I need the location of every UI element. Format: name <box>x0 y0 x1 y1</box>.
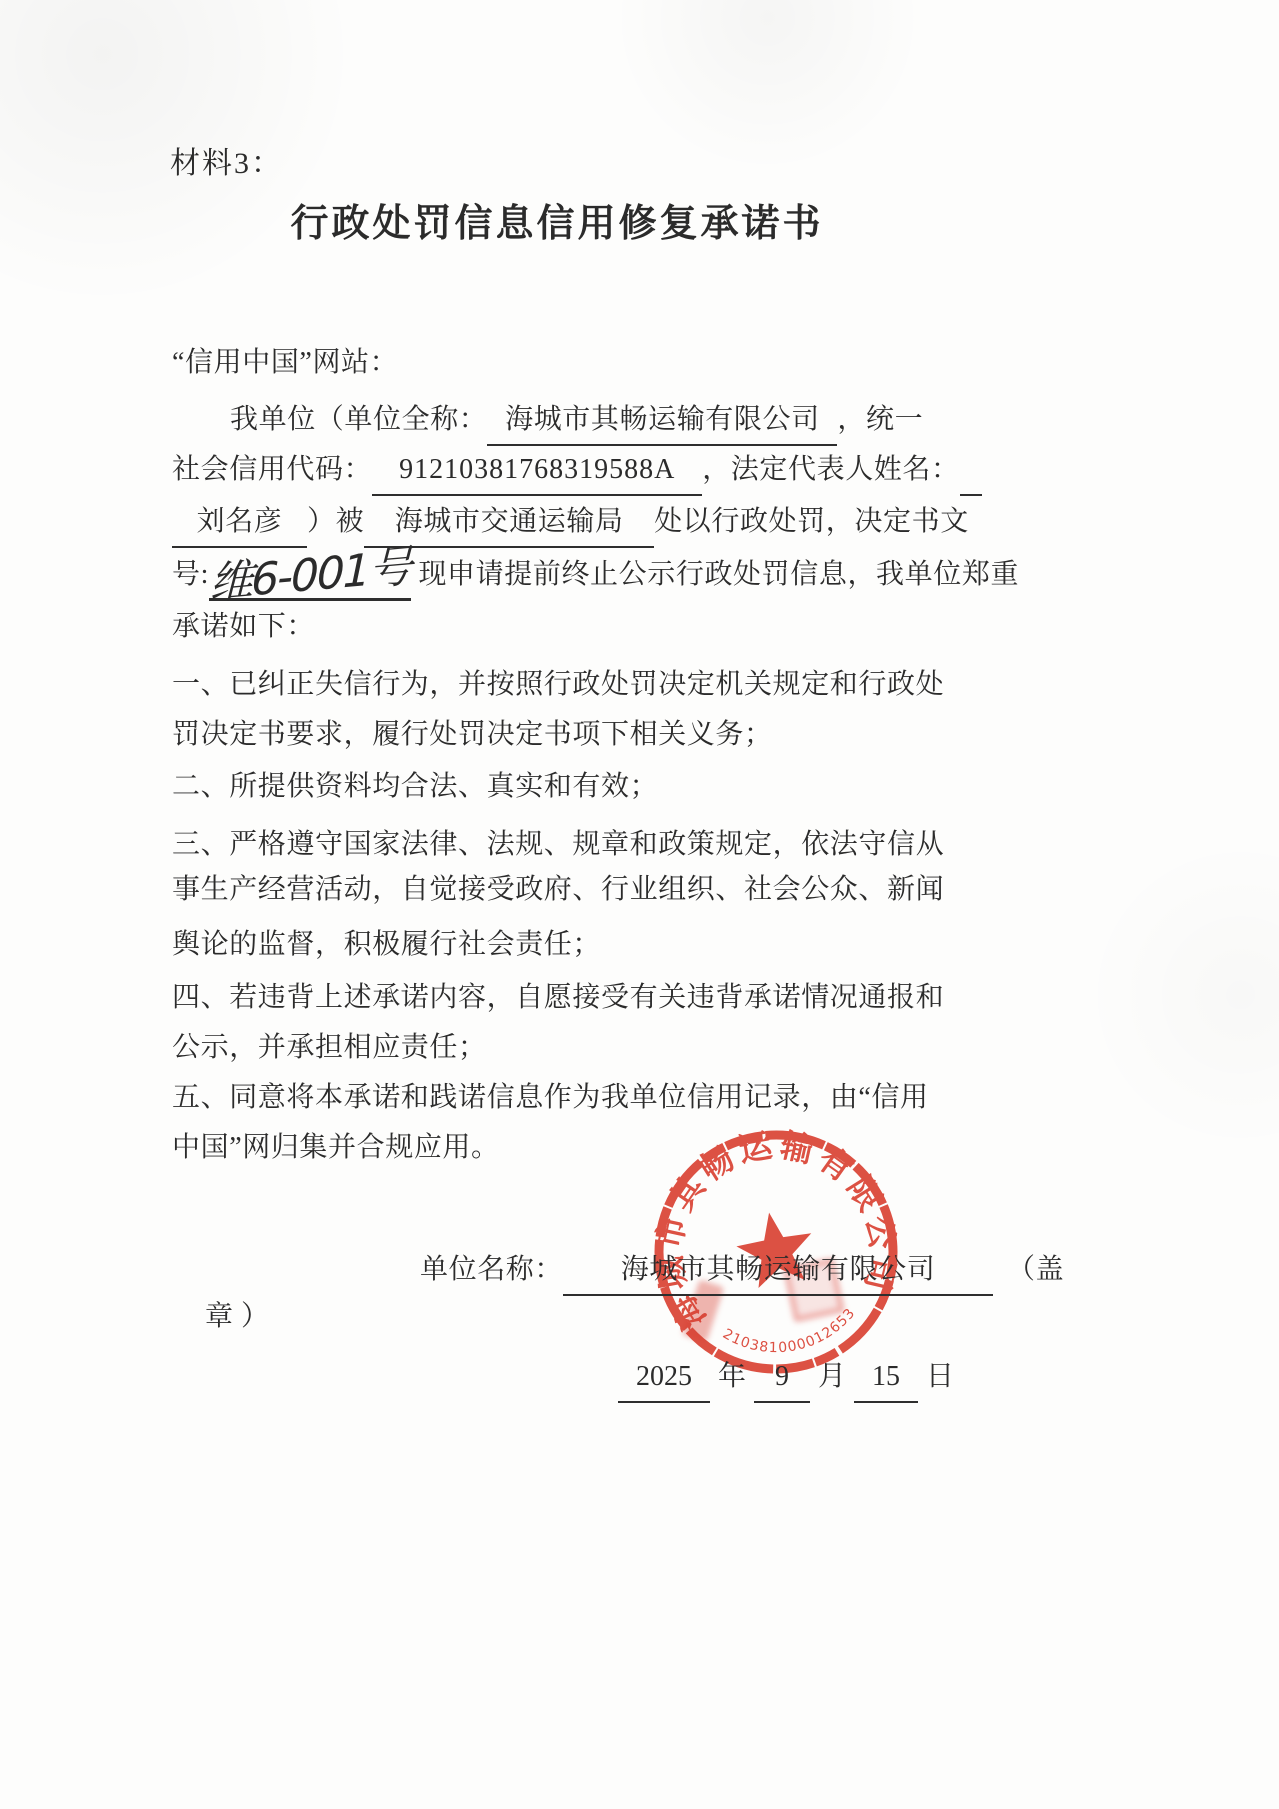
commitment-3-text-3: 舆论的监督，积极履行社会责任； <box>172 929 601 960</box>
commitment-4-text-2: 公示，并承担相应责任； <box>172 1032 487 1063</box>
page-title: 行政处罚信息信用修复承诺书 <box>172 192 942 247</box>
signature-line: 单位名称：海城市其畅运输有限公司（盖 <box>420 1244 1064 1296</box>
unit-name-label: 单位名称： <box>420 1254 563 1285</box>
commitment-3-text-2: 事生产经营活动，自觉接受政府、行业组织、社会公众、新闻 <box>172 874 944 905</box>
body-line-legal-rep: 刘名彦）被海城市交通运输局处以行政处罚，决定书文 <box>172 496 969 548</box>
commitment-3-text-1: 三、严格遵守国家法律、法规、规章和政策规定，依法守信从 <box>172 829 944 860</box>
legal-rep-blank-start <box>960 444 982 496</box>
body-line-promise-intro: 承诺如下： <box>172 601 315 653</box>
commitment-4-text-1: 四、若违背上述承诺内容，自愿接受有关违背承诺情况通报和 <box>172 982 944 1013</box>
commitment-4-line-2: 公示，并承担相应责任； <box>172 1022 487 1074</box>
seal-note-open: （盖 <box>1007 1254 1064 1285</box>
company-name-blank: 海城市其畅运输有限公司 <box>487 394 837 446</box>
commitment-2-text: 二、所提供资料均合法、真实和有效； <box>172 771 658 802</box>
credit-code-suffix: ，法定代表人姓名： <box>702 454 959 485</box>
salutation-text: “信用中国”网站： <box>172 347 398 378</box>
date-year-blank: 2025 <box>618 1351 710 1403</box>
date-day-unit: 日 <box>926 1351 954 1403</box>
seal-note-close: 章） <box>205 1301 277 1332</box>
commitment-2-line: 二、所提供资料均合法、真实和有效； <box>172 761 658 813</box>
penalized-by-text: ）被 <box>307 506 364 537</box>
doc-number-blank: 维6-001号 <box>209 548 411 601</box>
commitment-1-line-2: 罚决定书要求，履行处罚决定书项下相关义务； <box>172 709 773 761</box>
commitment-5-line-2: 中国”网归集并合规应用。 <box>172 1122 500 1174</box>
company-line-suffix: ，统一 <box>837 404 923 435</box>
date-year-unit: 年 <box>718 1351 746 1403</box>
date-month-unit: 月 <box>818 1351 846 1403</box>
doc-number-label: 号: <box>172 559 209 590</box>
commitment-4-line-1: 四、若违背上述承诺内容，自愿接受有关违背承诺情况通报和 <box>172 972 944 1024</box>
commitment-3-line-2: 事生产经营活动，自觉接受政府、行业组织、社会公众、新闻 <box>172 864 944 916</box>
unit-name-blank: 海城市其畅运输有限公司 <box>563 1244 993 1296</box>
promise-intro-text: 承诺如下： <box>172 611 315 642</box>
commitment-5-text-2: 中国”网归集并合规应用。 <box>172 1132 500 1163</box>
body-line-credit-code: 社会信用代码：91210381768319588A，法定代表人姓名： <box>172 444 982 496</box>
signature-line-wrap: 章） <box>205 1291 277 1343</box>
body-line-company: 我单位（单位全称：海城市其畅运输有限公司，统一 <box>172 394 923 446</box>
credit-code-prefix: 社会信用代码： <box>172 454 372 485</box>
date-line: 2025年9月15日 <box>618 1351 962 1403</box>
salutation-line: “信用中国”网站： <box>172 337 398 389</box>
commitment-1-text-1: 一、已纠正失信行为，并按照行政处罚决定机关规定和行政处 <box>172 669 944 700</box>
date-month-blank: 9 <box>754 1351 810 1403</box>
material-label: 材料3： <box>170 138 283 182</box>
commitment-1-text-2: 罚决定书要求，履行处罚决定书项下相关义务； <box>172 719 773 750</box>
date-day-blank: 15 <box>854 1351 918 1403</box>
doc-number-suffix: 现申请提前终止公示行政处罚信息，我单位郑重 <box>418 559 1019 590</box>
penalty-agency-blank: 海城市交通运输局 <box>364 496 654 548</box>
commitment-1-line-1: 一、已纠正失信行为，并按照行政处罚决定机关规定和行政处 <box>172 659 944 711</box>
document-page: 材料3： 行政处罚信息信用修复承诺书 “信用中国”网站： 我单位（单位全称：海城… <box>0 0 1279 1809</box>
company-line-prefix: 我单位（单位全称： <box>230 404 487 435</box>
penalty-line-suffix: 处以行政处罚，决定书文 <box>654 506 969 537</box>
commitment-3-line-3: 舆论的监督，积极履行社会责任； <box>172 919 601 971</box>
legal-rep-name-blank: 刘名彦 <box>172 496 307 548</box>
credit-code-blank: 91210381768319588A <box>372 444 702 496</box>
body-line-doc-number: 号:维6-001号 现申请提前终止公示行政处罚信息，我单位郑重 <box>172 548 1019 600</box>
